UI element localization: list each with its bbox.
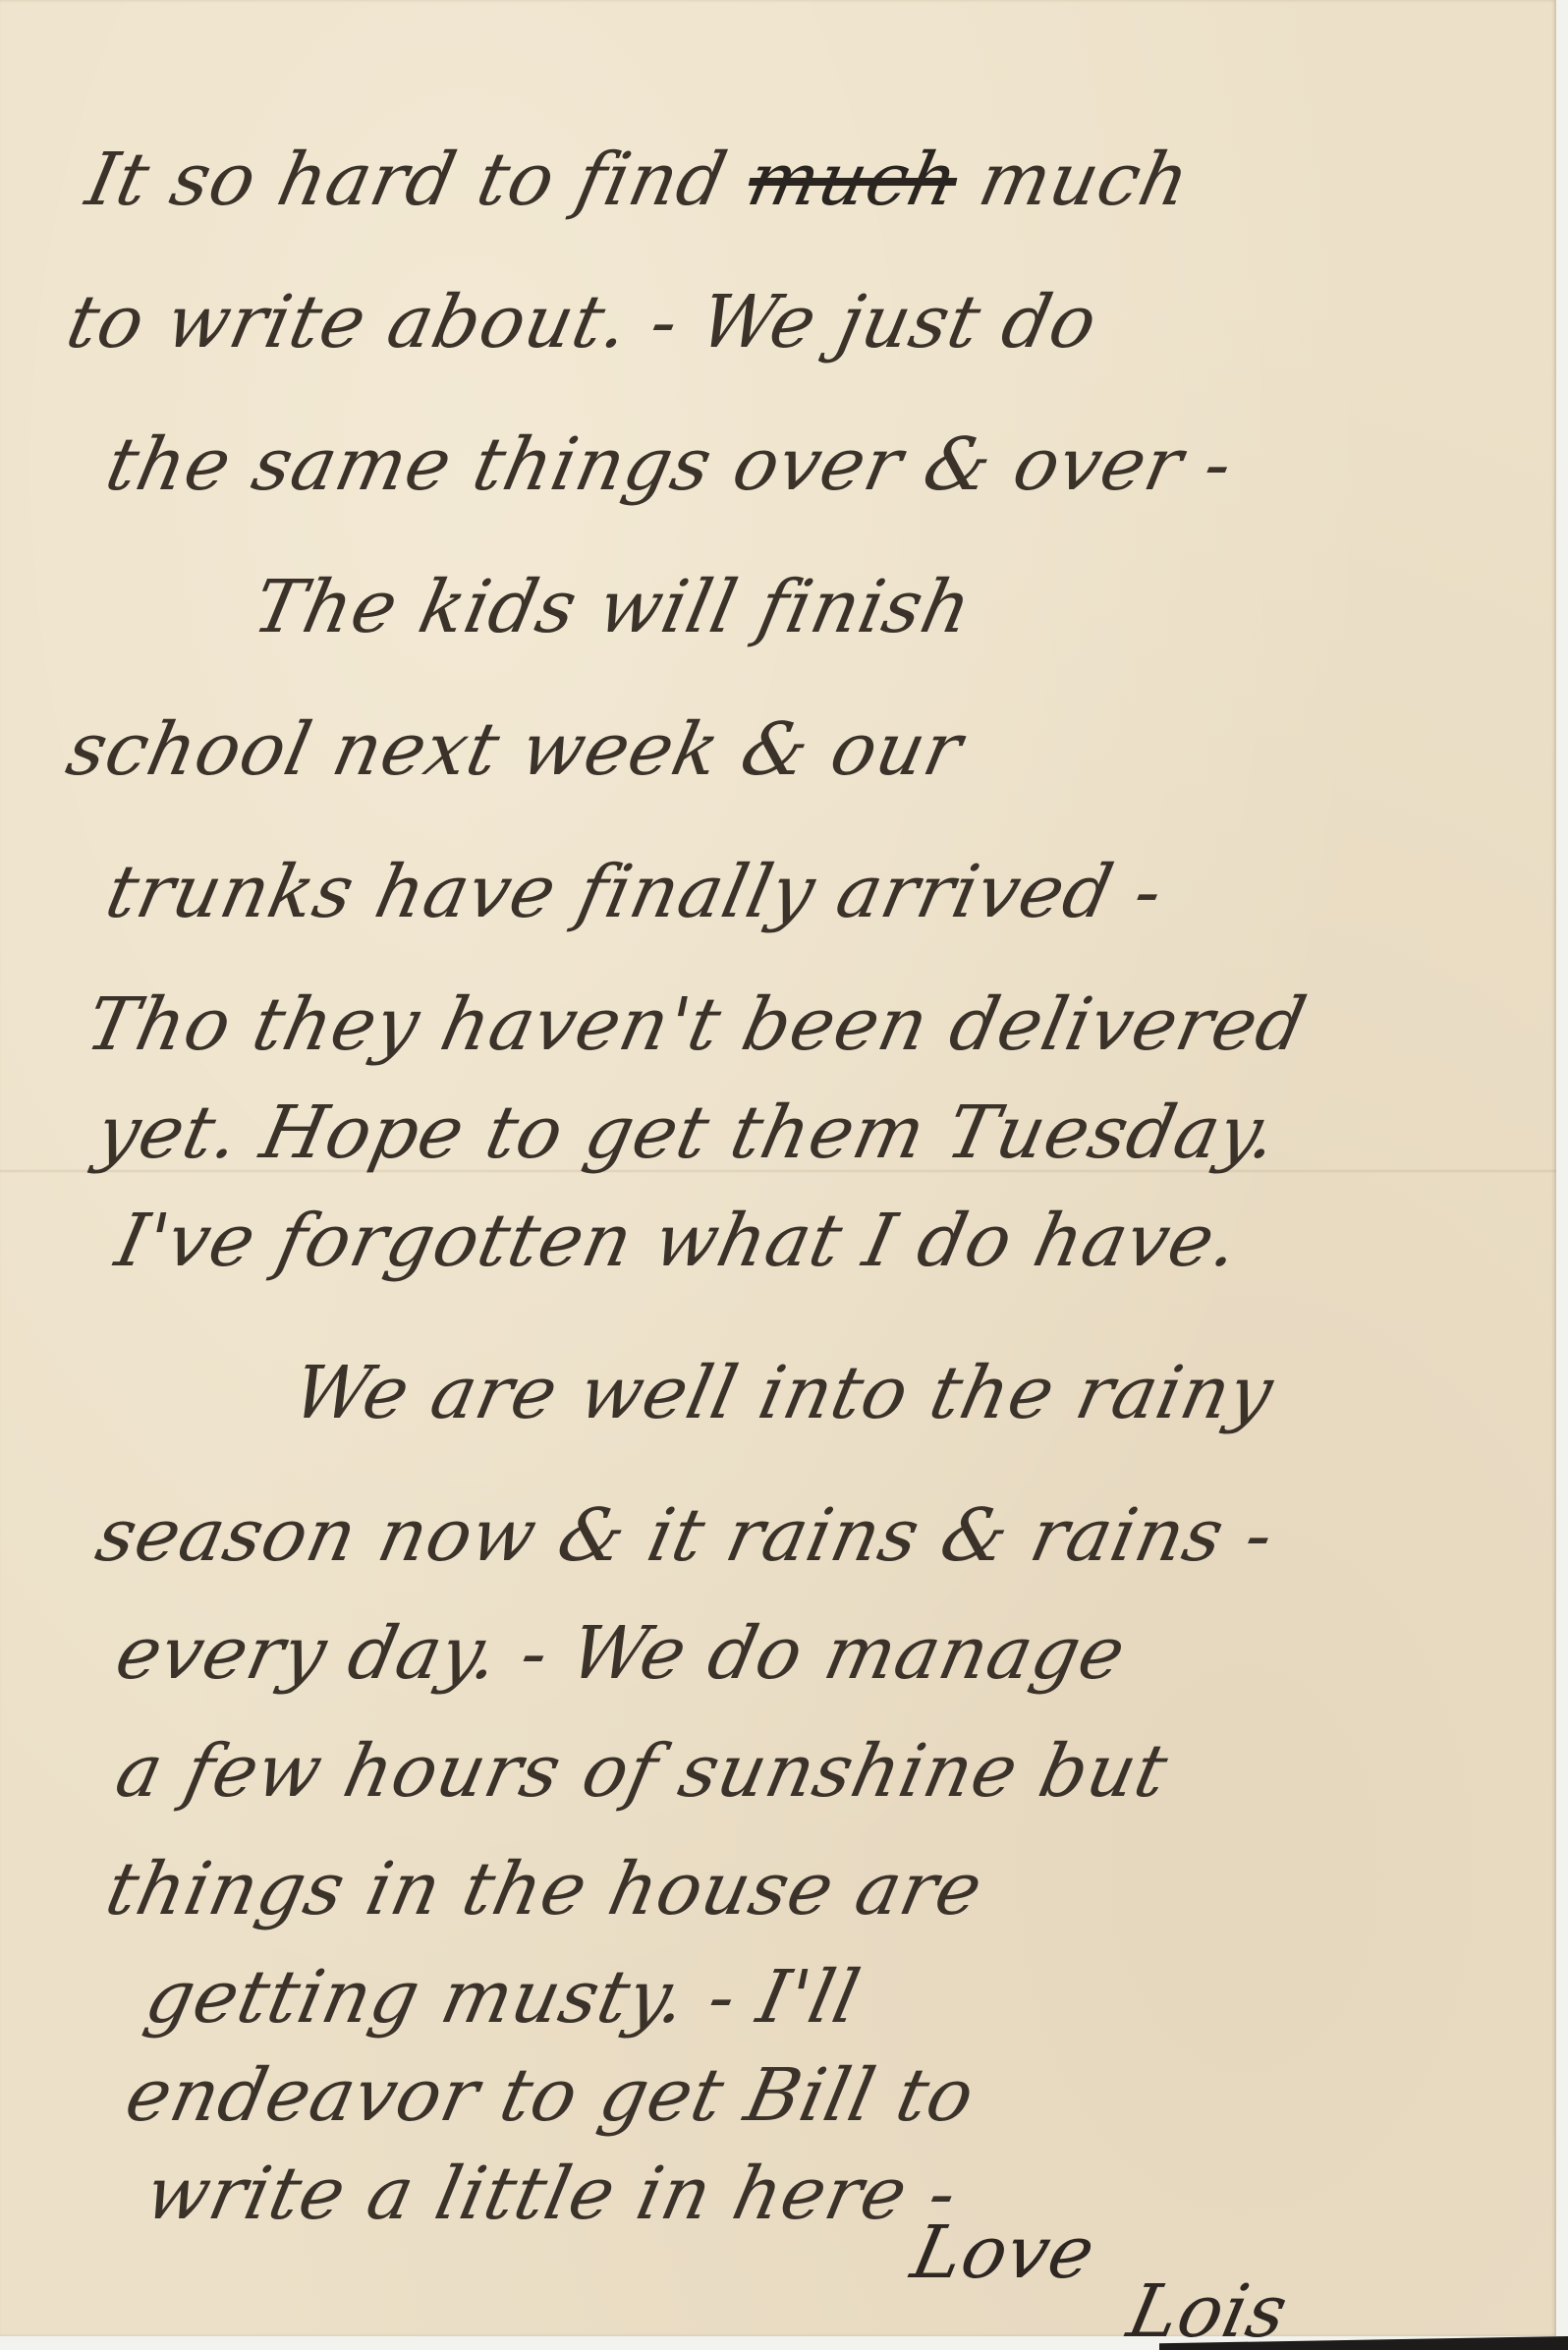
letter-line-13: a few hours of sunshine but bbox=[109, 1729, 1176, 1814]
closing-salutation: Love bbox=[905, 2210, 1103, 2295]
letter-line-9: I've forgotten what I do have. bbox=[109, 1199, 1247, 1283]
letter-line-10: We are well into the rainy bbox=[286, 1351, 1281, 1435]
letter-line-1: It so hard to find much much bbox=[80, 138, 1198, 222]
letter-line-12: every day. - We do manage bbox=[109, 1611, 1133, 1696]
letter-line-5: school next week & our bbox=[60, 707, 970, 792]
letter-line-8: yet. Hope to get them Tuesday. bbox=[89, 1091, 1285, 1175]
letter-line-4: The kids will finish bbox=[247, 565, 980, 649]
letter-line-3: the same things over & over - bbox=[99, 422, 1241, 507]
letter-line-15: getting musty. - I'll bbox=[139, 1955, 868, 2040]
crossed-out-word: much bbox=[741, 138, 966, 222]
letter-line-11: season now & it rains & rains - bbox=[89, 1493, 1281, 1578]
letter-line-14: things in the house are bbox=[99, 1847, 990, 1931]
letter-line-17: write a little in here - bbox=[139, 2152, 965, 2236]
signature: Lois bbox=[1121, 2269, 1296, 2350]
letter-page: It so hard to find much much to write ab… bbox=[0, 0, 1556, 2336]
letter-line-6: trunks have finally arrived - bbox=[99, 850, 1170, 934]
letter-line-2: to write about. - We just do bbox=[60, 280, 1105, 364]
letter-line-7: Tho they haven't been delivered bbox=[80, 982, 1314, 1067]
letter-line-16: endeavor to get Bill to bbox=[119, 2053, 982, 2138]
